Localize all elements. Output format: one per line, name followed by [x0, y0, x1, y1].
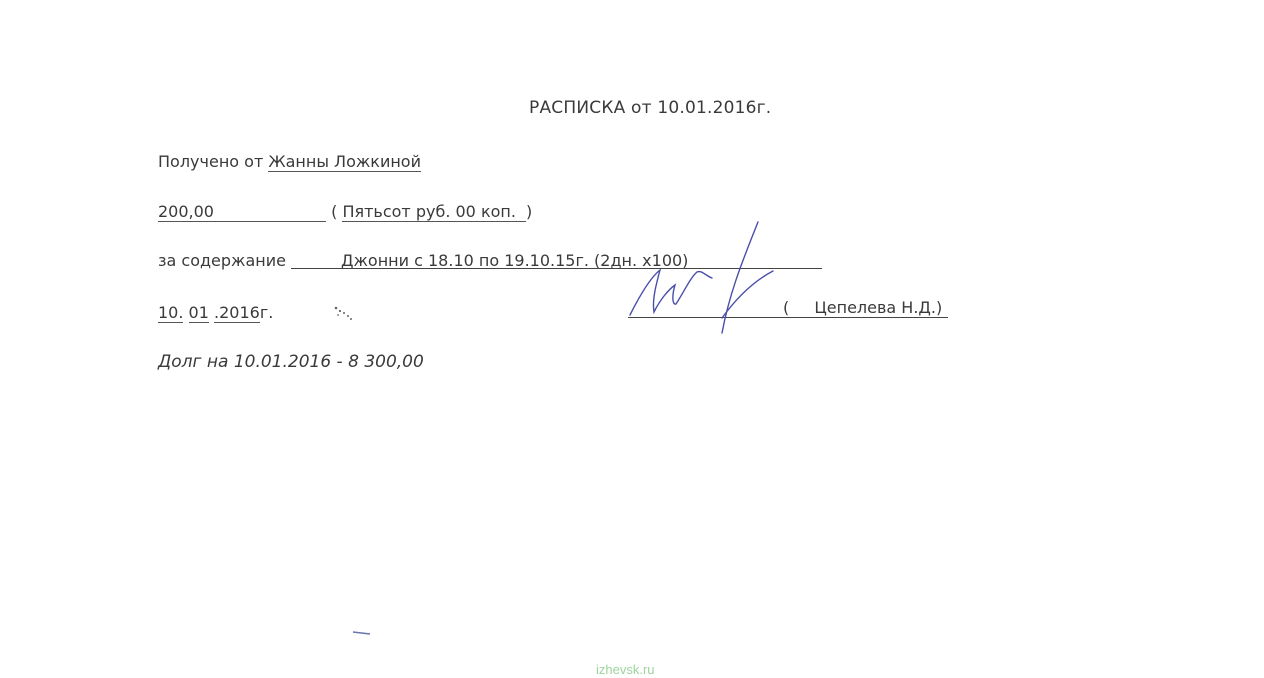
- watermark: izhevsk.ru: [596, 662, 655, 677]
- signature-scribble: [0, 0, 1264, 678]
